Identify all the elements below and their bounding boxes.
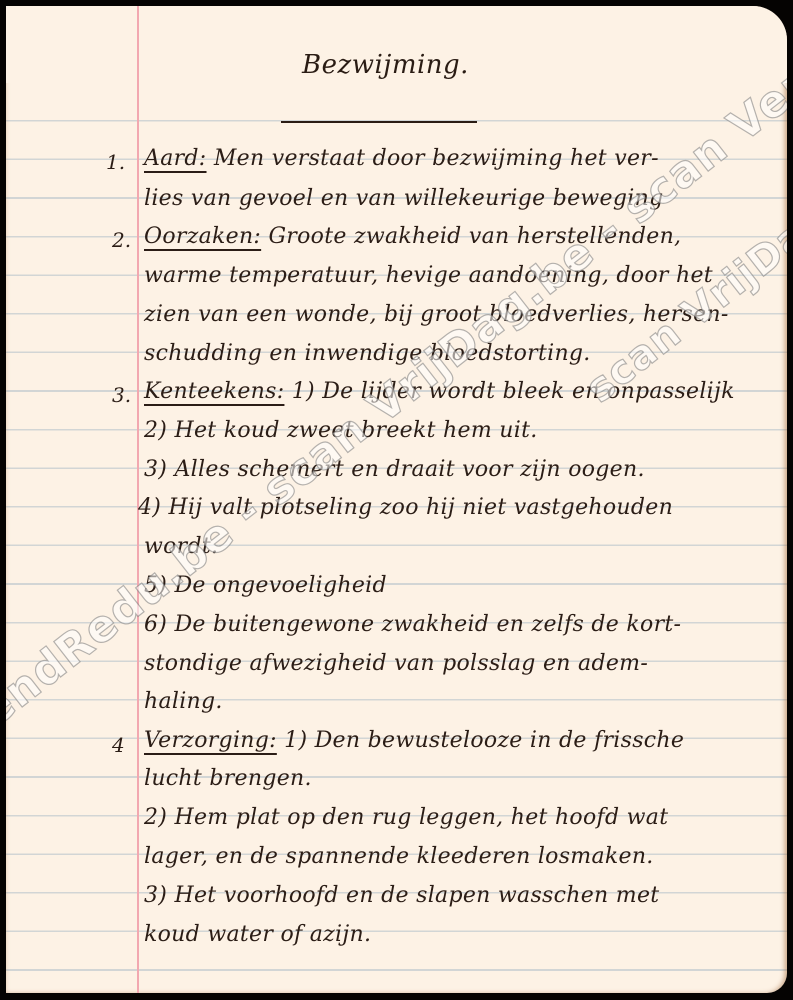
section-text: schudding en inwendige bloedstorting. — [144, 341, 591, 366]
section-text: lies van gevoel en van willekeurige bewe… — [144, 186, 663, 211]
notebook-page: Bezwijming. 1. Aard: Men verstaat door b… — [6, 6, 787, 993]
section-text: warme temperatuur, hevige aandoening, do… — [144, 263, 713, 288]
section-number: 2. — [112, 228, 131, 252]
section-text: 2) Hem plat op den rug leggen, het hoofd… — [144, 805, 668, 830]
section-text: zien van een wonde, bij groot bloedverli… — [144, 302, 729, 327]
section-text: wordt. — [144, 534, 218, 559]
section-text: 2) Het koud zweet breekt hem uit. — [144, 418, 538, 443]
section-heading: Kenteekens: — [144, 379, 284, 404]
section-text: Groote zwakheid van herstellenden, — [268, 224, 681, 249]
section-number: 1. — [106, 150, 125, 174]
section-line: Aard: Men verstaat door bezwijming het v… — [144, 146, 659, 171]
section-text: 1) Den bewustelooze in de frissche — [284, 728, 684, 753]
section-text: koud water of azijn. — [144, 922, 371, 947]
section-text: 3) Alles schemert en draait voor zijn oo… — [144, 457, 645, 482]
section-text: 6) De buitengewone zwakheid en zelfs de … — [144, 612, 681, 637]
title-underline — [281, 121, 477, 123]
section-heading: Verzorging: — [144, 728, 277, 753]
section-text: 3) Het voorhoofd en de slapen wasschen m… — [144, 883, 659, 908]
section-text: haling. — [144, 689, 223, 714]
section-number: 4 — [112, 733, 125, 757]
page-title: Bezwijming. — [302, 50, 469, 80]
section-number: 3. — [112, 383, 131, 407]
section-heading: Aard: — [144, 146, 207, 171]
section-text: 5) De ongevoeligheid — [144, 573, 387, 598]
section-line: Verzorging: 1) Den bewustelooze in de fr… — [144, 728, 684, 753]
section-text: 1) De lijder wordt bleek en onpasselijk — [292, 379, 735, 404]
scan-frame: Bezwijming. 1. Aard: Men verstaat door b… — [0, 0, 793, 1000]
section-line: Oorzaken: Groote zwakheid van herstellen… — [144, 224, 681, 249]
section-line: Kenteekens: 1) De lijder wordt bleek en … — [144, 379, 735, 404]
section-text: stondige afwezigheid van polsslag en ade… — [144, 651, 648, 676]
section-text: lager, en de spannende kleederen losmake… — [144, 844, 654, 869]
section-text: lucht brengen. — [144, 766, 312, 791]
section-text: Men verstaat door bezwijming het ver- — [214, 146, 659, 171]
section-heading: Oorzaken: — [144, 224, 261, 249]
section-text: 4) Hij valt plotseling zoo hij niet vast… — [138, 495, 673, 520]
